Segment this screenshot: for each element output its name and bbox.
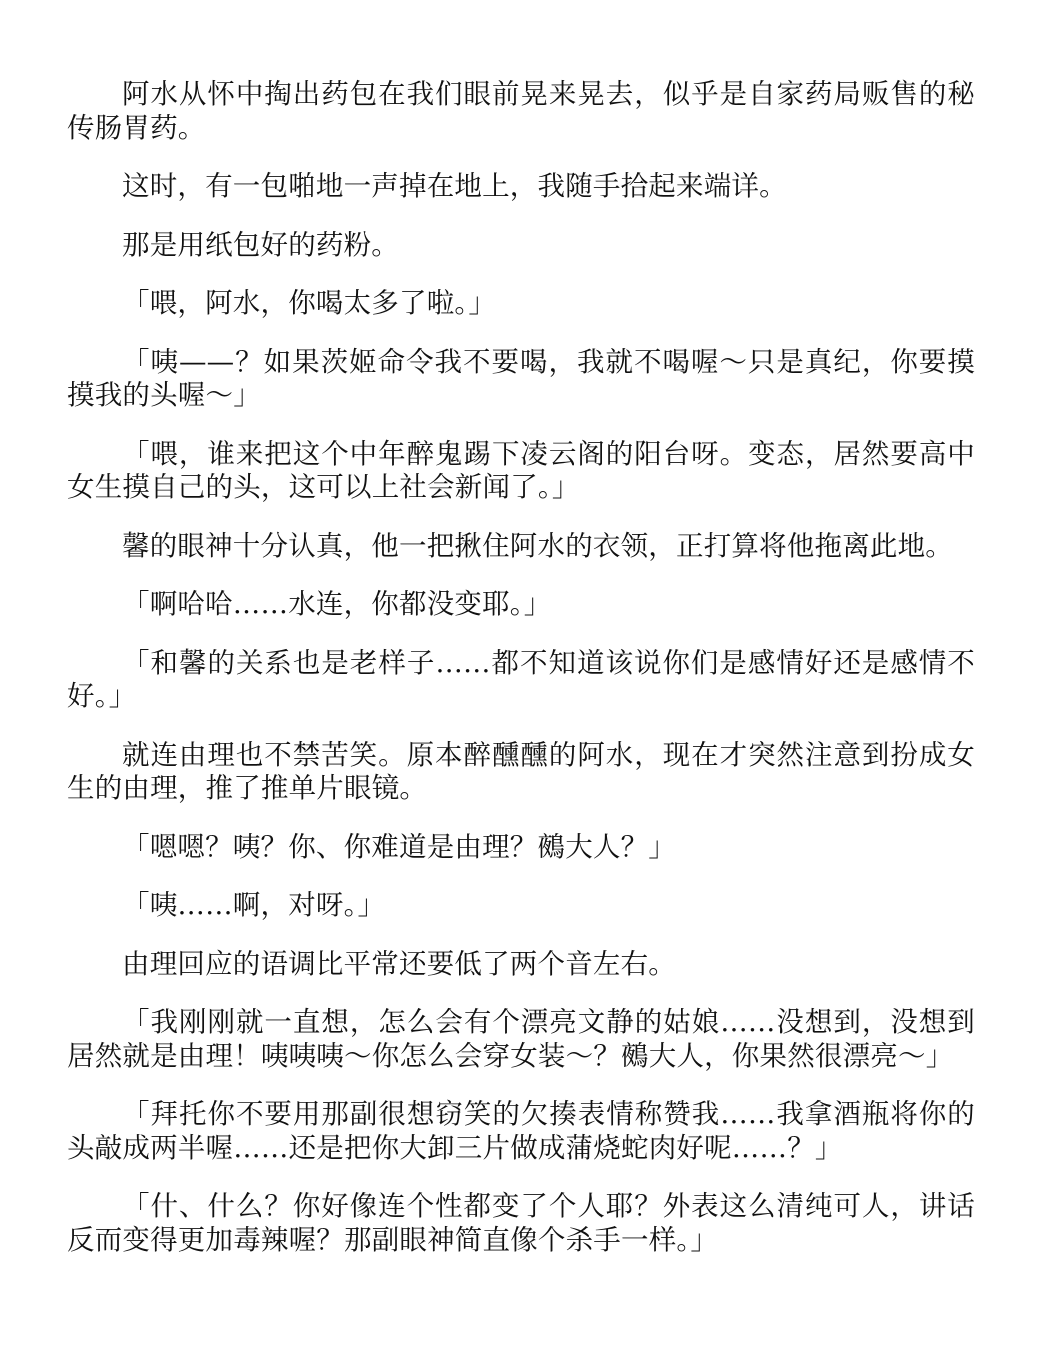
paragraph: 就连由理也不禁苦笑。原本醉醺醺的阿水，现在才突然注意到扮成女生的由理，推了推单片… <box>67 739 975 806</box>
dialogue-paragraph: 「啊哈哈……水连，你都没变耶。」 <box>67 588 975 622</box>
dialogue-paragraph: 「喂，谁来把这个中年醉鬼踢下凌云阁的阳台呀。变态，居然要高中女生摸自己的头，这可… <box>67 438 975 505</box>
paragraph: 馨的眼神十分认真，他一把揪住阿水的衣领，正打算将他拖离此地。 <box>67 530 975 564</box>
paragraph: 那是用纸包好的药粉。 <box>67 229 975 263</box>
dialogue-paragraph: 「什、什么？你好像连个性都变了个人耶？外表这么清纯可人，讲话反而变得更加毒辣喔？… <box>67 1190 975 1257</box>
dialogue-paragraph: 「拜托你不要用那副很想窃笑的欠揍表情称赞我……我拿酒瓶将你的头敲成两半喔……还是… <box>67 1098 975 1165</box>
document-page: 阿水从怀中掏出药包在我们眼前晃来晃去，似乎是自家药局贩售的秘传肠胃药。 这时，有… <box>67 78 975 1282</box>
dialogue-paragraph: 「咦……啊，对呀。」 <box>67 889 975 923</box>
dialogue-paragraph: 「咦——？如果茨姬命令我不要喝，我就不喝喔～只是真纪，你要摸摸我的头喔～」 <box>67 346 975 413</box>
dialogue-paragraph: 「嗯嗯？咦？你、你难道是由理？鵺大人？」 <box>67 831 975 865</box>
paragraph: 由理回应的语调比平常还要低了两个音左右。 <box>67 948 975 982</box>
paragraph: 这时，有一包啪地一声掉在地上，我随手拾起来端详。 <box>67 170 975 204</box>
dialogue-paragraph: 「我刚刚就一直想，怎么会有个漂亮文静的姑娘……没想到，没想到居然就是由理！咦咦咦… <box>67 1006 975 1073</box>
dialogue-paragraph: 「和馨的关系也是老样子……都不知道该说你们是感情好还是感情不好。」 <box>67 647 975 714</box>
dialogue-paragraph: 「喂，阿水，你喝太多了啦。」 <box>67 287 975 321</box>
paragraph: 阿水从怀中掏出药包在我们眼前晃来晃去，似乎是自家药局贩售的秘传肠胃药。 <box>67 78 975 145</box>
